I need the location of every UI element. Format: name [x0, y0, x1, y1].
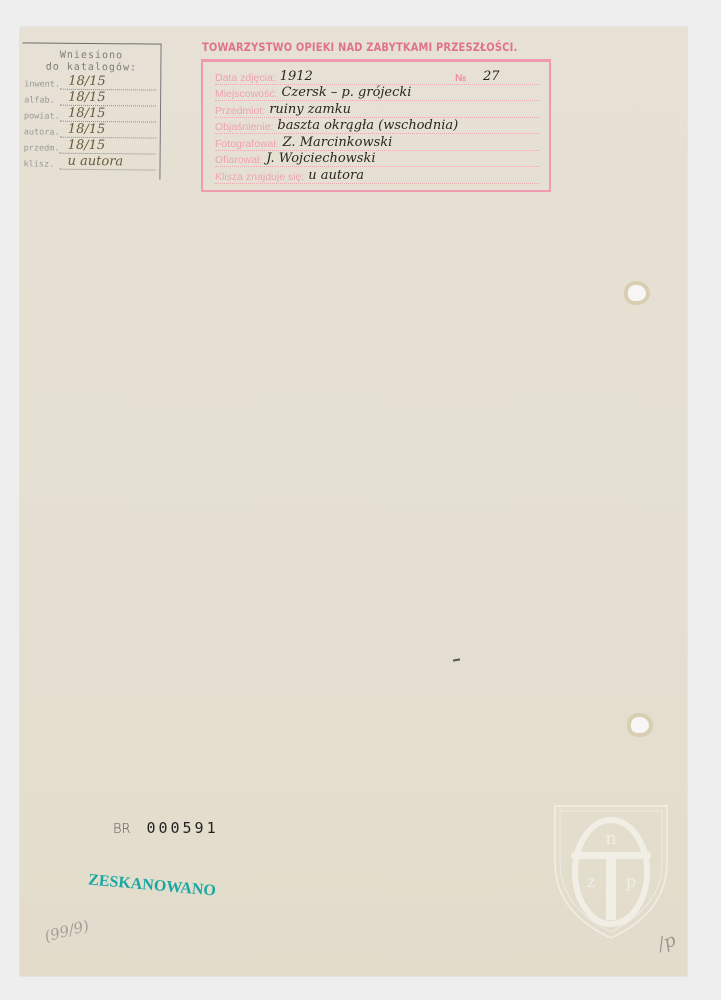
catalog-row: inwent.18/15	[22, 73, 160, 90]
catalog-row-value: 18/15	[60, 107, 156, 123]
catalog-row-value: 18/15	[60, 139, 156, 155]
punch-hole	[631, 717, 649, 733]
catalog-row-label: autora.	[24, 127, 60, 137]
catalog-row: alfab.18/15	[22, 89, 160, 106]
society-row: Klisza znajduje się:u autora	[215, 167, 539, 184]
catalog-row: przedm.18/15	[22, 137, 160, 154]
society-row: Miejscowość:Czersk – p. grójecki	[215, 85, 539, 102]
society-row: Ofiarował:J. Wojciechowski	[215, 151, 539, 168]
society-stamp: Data zdjęcia:1912№27Miejscowość:Czersk –…	[201, 59, 551, 192]
society-row-label: Objaśnienie:	[215, 121, 277, 133]
catalog-row-label: klisz.	[23, 159, 59, 169]
society-row: Fotografował:Z. Marcinkowski	[215, 134, 539, 151]
ink-mark	[453, 658, 460, 661]
catalog-stamp-title: Wniesiono do katalogów:	[22, 49, 160, 74]
society-row-value: baszta okrągła (wschodnia)	[277, 119, 458, 133]
svg-text:p: p	[626, 872, 636, 891]
society-row-value: 1912	[280, 70, 313, 84]
archive-card: Wniesiono do katalogów: inwent.18/15alfa…	[20, 27, 687, 976]
tonzp-watermark-icon: n z p	[551, 802, 671, 942]
scanned-stamp: ZESKANOWANO	[87, 871, 216, 900]
society-row: Przedmiot:ruiny zamku	[215, 101, 539, 118]
svg-text:n: n	[605, 828, 617, 849]
catalog-row-label: przedm.	[24, 143, 60, 153]
catalog-row-label: inwent.	[24, 79, 60, 89]
catalog-row-label: alfab.	[24, 95, 60, 105]
number-label: №	[455, 73, 466, 84]
catalog-rows: inwent.18/15alfab.18/15powiat.18/15autor…	[21, 73, 160, 170]
catalog-row-value: u autora	[59, 155, 155, 171]
society-rows: Data zdjęcia:1912№27Miejscowość:Czersk –…	[203, 68, 549, 184]
catalog-stamp: Wniesiono do katalogów: inwent.18/15alfa…	[21, 42, 161, 179]
catalog-row-value: 18/15	[60, 75, 156, 91]
society-row-label: Fotografował:	[215, 138, 283, 150]
catalog-row-value: 18/15	[60, 91, 156, 107]
society-row-label: Klisza znajduje się:	[215, 171, 308, 183]
society-row: Objaśnienie:baszta okrągła (wschodnia)	[215, 118, 539, 135]
catalog-row: autora.18/15	[22, 121, 160, 138]
catalog-row-label: powiat.	[24, 111, 60, 121]
society-row-value: Czersk – p. grójecki	[281, 86, 411, 100]
society-row-value: Z. Marcinkowski	[283, 136, 393, 150]
society-stamp-title: TOWARZYSTWO OPIEKI NAD ZABYTKAMI PRZESZŁ…	[202, 40, 520, 54]
society-row-value: ruiny zamku	[269, 103, 351, 117]
punch-hole	[628, 285, 646, 301]
society-row: Data zdjęcia:1912№27	[215, 68, 539, 85]
society-row-value: u autora	[308, 169, 364, 183]
catalog-row-value: 18/15	[60, 123, 156, 139]
society-row-label: Data zdjęcia:	[215, 72, 280, 84]
number-value: 27	[483, 69, 500, 84]
inventory-number: BR 000591	[113, 819, 219, 837]
pencil-note: (99/9)	[42, 916, 91, 945]
society-row-label: Ofiarował:	[215, 154, 266, 166]
society-row-label: Miejscowość:	[215, 88, 281, 100]
catalog-row: powiat.18/15	[22, 105, 160, 122]
society-row-label: Przedmiot:	[215, 105, 269, 117]
catalog-row: klisz.u autora	[21, 153, 159, 170]
svg-text:z: z	[587, 872, 595, 891]
society-row-value: J. Wojciechowski	[266, 152, 375, 166]
